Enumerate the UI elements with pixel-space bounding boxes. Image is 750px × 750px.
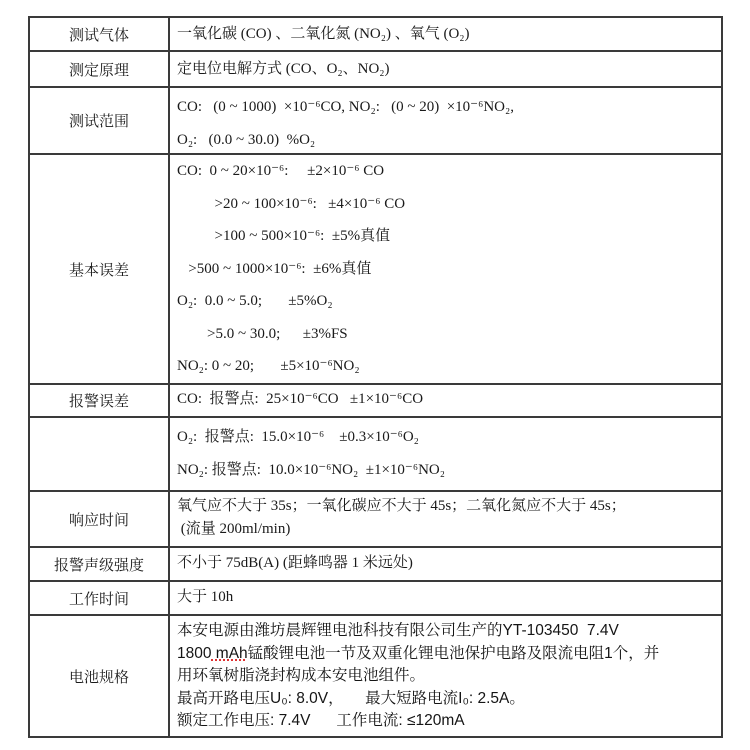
spellcheck-underlined-text: mAh <box>211 645 247 662</box>
row-line: CO: 报警点: 25×10⁻⁶CO ±1×10⁻⁶CO <box>177 389 717 409</box>
row-label-text: 响应时间 <box>69 509 129 530</box>
row-line: >20 ~ 100×10⁻⁶: ±4×10⁻⁶ CO <box>177 188 717 221</box>
row-line: 一氧化碳 (CO) 、二氧化氮 (NO₂) 、氧气 (O₂) <box>177 24 717 44</box>
table-row: O₂: 报警点: 15.0×10⁻⁶ ±0.3×10⁻⁶O₂NO₂: 报警点: … <box>30 418 721 492</box>
row-line: (流量 200ml/min) <box>177 518 717 541</box>
row-line: >500 ~ 1000×10⁻⁶: ±6%真值 <box>177 253 717 286</box>
row-line: O₂: (0.0 ~ 30.0) %O₂ <box>177 124 717 153</box>
row-line: 氧气应不大于 35s；一氧化碳应不大于 45s；二氧化氮应不大于 45s； <box>177 495 717 518</box>
row-label: 响应时间 <box>30 492 170 546</box>
line-text-part: 锰酸锂电池一节及双重化锂电池保护电路及限流电阻1个，并 <box>248 645 660 662</box>
row-line: 本安电源由潍坊晨辉锂电池科技有限公司生产的YT-103450 7.4V <box>177 620 717 643</box>
row-line: 额定工作电压: 7.4V 工作电流: ≤120mA <box>177 710 717 733</box>
row-content: 大于 10h <box>170 582 721 614</box>
row-label-text: 电池规格 <box>69 666 129 687</box>
row-label-text: 测定原理 <box>69 59 129 80</box>
row-label-text: 基本误差 <box>69 259 129 280</box>
row-line: NO₂: 报警点: 10.0×10⁻⁶NO₂ ±1×10⁻⁶NO₂ <box>177 454 717 487</box>
row-line: >100 ~ 500×10⁻⁶: ±5%真值 <box>177 220 717 253</box>
table-row: 测试范围CO: (0 ~ 1000) ×10⁻⁶CO, NO₂: (0 ~ 20… <box>30 88 721 155</box>
row-content: 不小于 75dB(A) (距蜂鸣器 1 米远处) <box>170 548 721 580</box>
row-label-text: 报警声级强度 <box>54 554 144 575</box>
table-row: 测定原理定电位电解方式 (CO、O₂、NO₂) <box>30 52 721 88</box>
row-content: 本安电源由潍坊晨辉锂电池科技有限公司生产的YT-103450 7.4V1800 … <box>170 616 721 736</box>
row-label-text: 工作时间 <box>69 588 129 609</box>
row-line: 1800 mAh锰酸锂电池一节及双重化锂电池保护电路及限流电阻1个，并 <box>177 643 717 666</box>
row-line: CO: 0 ~ 20×10⁻⁶: ±2×10⁻⁶ CO <box>177 155 717 188</box>
row-line: 最高开路电压U₀: 8.0V， 最大短路电流I₀: 2.5A。 <box>177 688 717 711</box>
row-line: 不小于 75dB(A) (距蜂鸣器 1 米远处) <box>177 553 717 573</box>
row-label: 测试范围 <box>30 88 170 153</box>
row-content: CO: 报警点: 25×10⁻⁶CO ±1×10⁻⁶CO <box>170 385 721 416</box>
row-label: 报警误差 <box>30 385 170 416</box>
row-label <box>30 418 170 490</box>
row-line: CO: (0 ~ 1000) ×10⁻⁶CO, NO₂: (0 ~ 20) ×1… <box>177 91 717 124</box>
row-label-text: 测试范围 <box>69 110 129 131</box>
row-label: 测试气体 <box>30 18 170 50</box>
row-content: 氧气应不大于 35s；一氧化碳应不大于 45s；二氧化氮应不大于 45s； (流… <box>170 492 721 546</box>
row-line: 定电位电解方式 (CO、O₂、NO₂) <box>177 59 717 79</box>
row-content: CO: 0 ~ 20×10⁻⁶: ±2×10⁻⁶ CO >20 ~ 100×10… <box>170 155 721 383</box>
row-content: CO: (0 ~ 1000) ×10⁻⁶CO, NO₂: (0 ~ 20) ×1… <box>170 88 721 153</box>
row-content: 定电位电解方式 (CO、O₂、NO₂) <box>170 52 721 86</box>
table-row: 工作时间大于 10h <box>30 582 721 616</box>
row-label-text: 报警误差 <box>69 390 129 411</box>
row-label: 测定原理 <box>30 52 170 86</box>
line-text-part: 1800 <box>177 645 211 662</box>
row-label: 工作时间 <box>30 582 170 614</box>
row-line: O₂: 报警点: 15.0×10⁻⁶ ±0.3×10⁻⁶O₂ <box>177 421 717 454</box>
table-row: 基本误差CO: 0 ~ 20×10⁻⁶: ±2×10⁻⁶ CO >20 ~ 10… <box>30 155 721 385</box>
table-row: 电池规格本安电源由潍坊晨辉锂电池科技有限公司生产的YT-103450 7.4V1… <box>30 616 721 736</box>
row-line: >5.0 ~ 30.0; ±3%FS <box>177 318 717 351</box>
row-content: 一氧化碳 (CO) 、二氧化氮 (NO₂) 、氧气 (O₂) <box>170 18 721 50</box>
table-row: 测试气体一氧化碳 (CO) 、二氧化氮 (NO₂) 、氧气 (O₂) <box>30 18 721 52</box>
row-label-text: 测试气体 <box>69 24 129 45</box>
spec-table: 测试气体一氧化碳 (CO) 、二氧化氮 (NO₂) 、氧气 (O₂)测定原理定电… <box>28 16 723 738</box>
row-line: NO₂: 0 ~ 20; ±5×10⁻⁶NO₂ <box>177 350 717 383</box>
row-line: O₂: 0.0 ~ 5.0; ±5%O₂ <box>177 285 717 318</box>
row-line: 用环氧树脂浇封构成本安电池组件。 <box>177 665 717 688</box>
row-label: 报警声级强度 <box>30 548 170 580</box>
row-line: 大于 10h <box>177 587 717 607</box>
row-label: 基本误差 <box>30 155 170 383</box>
table-row: 响应时间氧气应不大于 35s；一氧化碳应不大于 45s；二氧化氮应不大于 45s… <box>30 492 721 548</box>
row-content: O₂: 报警点: 15.0×10⁻⁶ ±0.3×10⁻⁶O₂NO₂: 报警点: … <box>170 418 721 490</box>
row-label: 电池规格 <box>30 616 170 736</box>
table-row: 报警误差CO: 报警点: 25×10⁻⁶CO ±1×10⁻⁶CO <box>30 385 721 418</box>
table-row: 报警声级强度不小于 75dB(A) (距蜂鸣器 1 米远处) <box>30 548 721 582</box>
